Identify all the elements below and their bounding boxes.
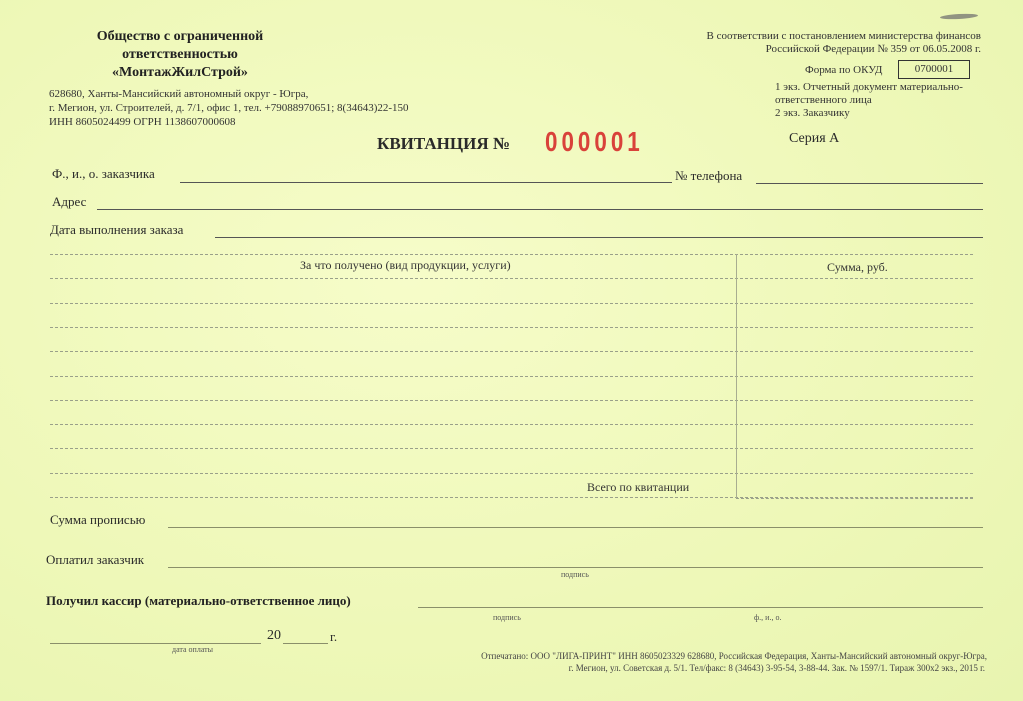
receipt-series: Серия А (789, 131, 839, 147)
cashier-name-caption: ф., и., о. (754, 613, 781, 622)
copies-line: 2 экз. Заказчику (775, 107, 963, 120)
printer-line: Отпечатано: ООО "ЛИГА-ПРИНТ" ИНН 8605023… (481, 650, 987, 662)
org-name-line: ответственностью (60, 46, 300, 64)
signature-caption: подпись (561, 570, 589, 579)
table-top-rule (50, 254, 973, 255)
order-date-field[interactable] (215, 237, 983, 238)
organization-details: 628680, Ханты-Мансийский автономный окру… (49, 87, 409, 129)
receipt-number: 000001 (545, 126, 644, 158)
table-row[interactable] (50, 448, 973, 449)
year-prefix: 20 (267, 628, 281, 644)
org-address-line: г. Мегион, ул. Строителей, д. 7/1, офис … (49, 101, 409, 115)
org-name-line: Общество с ограниченной (60, 28, 300, 46)
column-header-service: За что получено (вид продукции, услуги) (300, 258, 511, 273)
copies-line: 1 экз. Отчетный документ материально- (775, 81, 963, 94)
amount-words-label: Сумма прописью (50, 512, 145, 528)
year-suffix: г. (330, 629, 337, 645)
decree-line: В соответствии с постановлением министер… (707, 30, 981, 43)
total-label: Всего по квитанции (587, 480, 689, 495)
table-row[interactable] (50, 376, 973, 377)
document-title: КВИТАНЦИЯ № (377, 134, 510, 154)
cashier-label: Получил кассир (материально-ответственно… (46, 593, 351, 609)
table-row[interactable] (50, 278, 973, 279)
table-row[interactable] (50, 473, 973, 474)
org-address-line: 628680, Ханты-Мансийский автономный окру… (49, 87, 409, 101)
year-field[interactable] (283, 643, 328, 644)
decree-line: Российской Федерации № 359 от 06.05.2008… (707, 43, 981, 56)
order-date-label: Дата выполнения заказа (50, 222, 183, 238)
copies-line: ответственного лица (775, 94, 963, 107)
phone-field[interactable] (756, 183, 983, 184)
customer-name-label: Ф., и., о. заказчика (52, 166, 155, 182)
address-label: Адрес (52, 194, 86, 210)
decree-reference: В соответствии с постановлением министер… (707, 30, 981, 56)
customer-signature-field[interactable] (168, 567, 983, 568)
table-row[interactable] (50, 424, 973, 425)
total-amount-field[interactable] (736, 498, 973, 499)
customer-name-field[interactable] (180, 182, 672, 183)
payment-date-field[interactable] (50, 643, 261, 644)
amount-words-field[interactable] (168, 527, 983, 528)
organization-name: Общество с ограниченной ответственностью… (60, 28, 300, 82)
paid-by-label: Оплатил заказчик (46, 552, 144, 568)
table-row[interactable] (50, 327, 973, 328)
okud-code-box: 0700001 (898, 60, 970, 79)
table-row[interactable] (50, 400, 973, 401)
printer-line: г. Мегион, ул. Советская д. 5/1. Тел/фак… (481, 662, 985, 674)
printer-info: Отпечатано: ООО "ЛИГА-ПРИНТ" ИНН 8605023… (481, 650, 985, 674)
org-registration-line: ИНН 8605024499 ОГРН 1138607000608 (49, 115, 409, 129)
phone-label: № телефона (675, 168, 742, 184)
okud-label: Форма по ОКУД (805, 64, 882, 76)
org-name-line: «МонтажЖилСтрой» (60, 64, 300, 82)
address-field[interactable] (97, 209, 983, 210)
cashier-signature-caption: подпись (493, 613, 521, 622)
column-header-amount: Сумма, руб. (827, 260, 888, 275)
table-row[interactable] (50, 351, 973, 352)
cashier-signature-field[interactable] (418, 607, 983, 608)
copies-note: 1 экз. Отчетный документ материально- от… (775, 81, 963, 120)
pen-mark (940, 13, 978, 20)
payment-date-caption: дата оплаты (172, 645, 213, 654)
table-row[interactable] (50, 303, 973, 304)
column-divider (736, 254, 737, 498)
